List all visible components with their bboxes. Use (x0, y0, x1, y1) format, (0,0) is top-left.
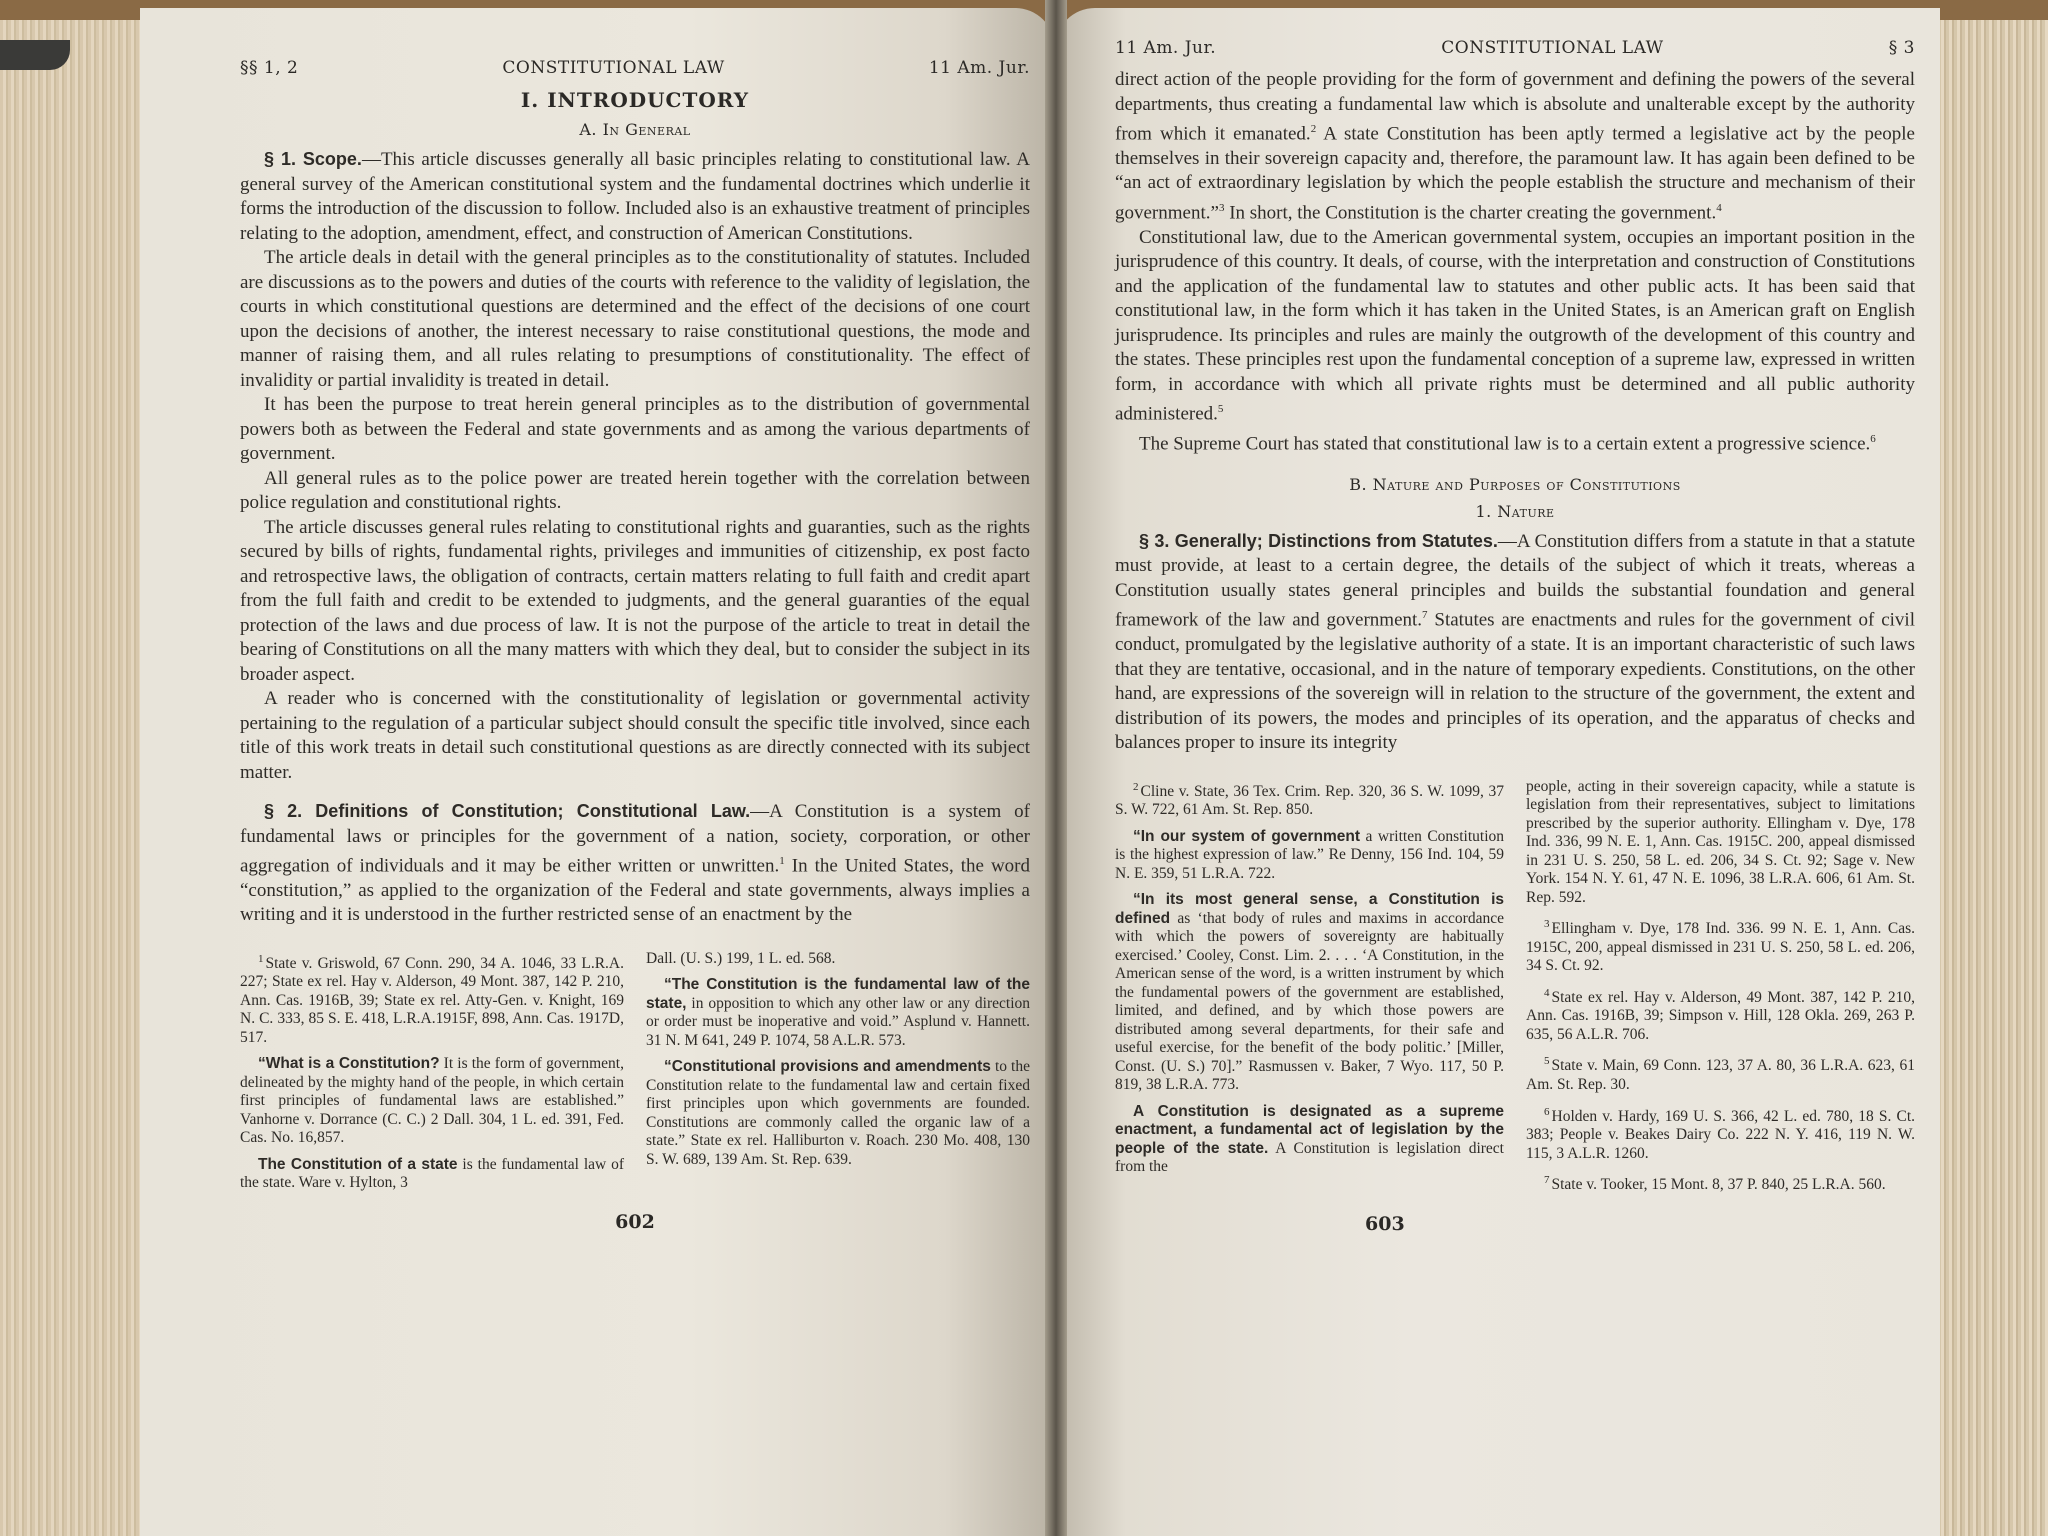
subheading-nature: 1. Nature (1115, 502, 1915, 521)
running-title: CONSTITUTIONAL LAW (1441, 38, 1663, 58)
footnote-4: 4State ex rel. Hay v. Alderson, 49 Mont.… (1526, 984, 1915, 1045)
continued-paragraph: direct action of the people providing fo… (1115, 68, 1915, 226)
right-page-content: 11 Am. Jur. CONSTITUTIONAL LAW § 3 direc… (1115, 38, 1915, 1235)
footnote-quote: “In its most general sense, a Constituti… (1115, 891, 1504, 1095)
section-1-para-2: The article deals in detail with the gen… (240, 246, 1030, 393)
book-page-edges-left (0, 20, 150, 1536)
book-cover-corner (0, 40, 70, 70)
section-1-heading: § 1. Scope. (264, 149, 362, 169)
section-3-para: § 3. Generally; Distinctions from Statut… (1115, 529, 1915, 756)
footnote-quote: “Constitutional provisions and amendment… (646, 1058, 1030, 1169)
footnote-column: people, acting in their sovereign capaci… (1526, 778, 1915, 1203)
footnote-column: 2Cline v. State, 36 Tex. Crim. Rep. 320,… (1115, 778, 1504, 1203)
footnote-quote: The Constitution of a state is the funda… (240, 1156, 624, 1193)
left-page-content: §§ 1, 2 CONSTITUTIONAL LAW 11 Am. Jur. I… (240, 58, 1030, 1233)
section-1-para-4: All general rules as to the police power… (240, 467, 1030, 516)
volume-label: 11 Am. Jur. (1115, 38, 1216, 58)
section-1-para-1: § 1. Scope.—This article discusses gener… (240, 147, 1030, 246)
footnote-column: 1State v. Griswold, 67 Conn. 290, 34 A. … (240, 950, 624, 1201)
footnote-continuation: Dall. (U. S.) 199, 1 L. ed. 568. (646, 950, 1030, 969)
section-3-heading: § 3. Generally; Distinctions from Statut… (1139, 531, 1498, 551)
subheading: A. In General (240, 120, 1030, 139)
page-number: 603 (1115, 1213, 1915, 1235)
footnote-quote: “The Constitution is the fundamental law… (646, 976, 1030, 1050)
footnotes-right: 2Cline v. State, 36 Tex. Crim. Rep. 320,… (1115, 778, 1915, 1203)
footnote-quote: “In our system of government a written C… (1115, 828, 1504, 884)
footnote-2: 2Cline v. State, 36 Tex. Crim. Rep. 320,… (1115, 778, 1504, 820)
footnotes-left: 1State v. Griswold, 67 Conn. 290, 34 A. … (240, 950, 1030, 1201)
part-heading: I. INTRODUCTORY (240, 88, 1030, 112)
subheading-nature-purposes: B. Nature and Purposes of Constitutions (1115, 475, 1915, 494)
section-2-para: § 2. Definitions of Constitution; Consti… (240, 799, 1030, 928)
book-page-edges-right (1938, 20, 2048, 1536)
page-number: 602 (240, 1211, 1030, 1233)
section-2-heading: § 2. Definitions of Constitution; Consti… (264, 801, 750, 821)
left-page: §§ 1, 2 CONSTITUTIONAL LAW 11 Am. Jur. I… (140, 8, 1055, 1536)
running-title: CONSTITUTIONAL LAW (502, 58, 724, 78)
section-marker: §§ 1, 2 (240, 58, 298, 78)
section-1-para-3: It has been the purpose to treat herein … (240, 393, 1030, 467)
running-head-right: 11 Am. Jur. CONSTITUTIONAL LAW § 3 (1115, 38, 1915, 58)
book-gutter (1045, 0, 1067, 1536)
footnote-quote: “What is a Constitution? It is the form … (240, 1055, 624, 1148)
footnote-7: 7State v. Tooker, 15 Mont. 8, 37 P. 840,… (1526, 1171, 1915, 1195)
right-page: 11 Am. Jur. CONSTITUTIONAL LAW § 3 direc… (1055, 8, 1940, 1536)
section-1-para-5: The article discusses general rules rela… (240, 516, 1030, 688)
volume-label: 11 Am. Jur. (929, 58, 1030, 78)
section-1-para-6: A reader who is concerned with the const… (240, 687, 1030, 785)
footnote-1: 1State v. Griswold, 67 Conn. 290, 34 A. … (240, 950, 624, 1048)
footnote-continuation: people, acting in their sovereign capaci… (1526, 778, 1915, 908)
paragraph-constitutional-law: Constitutional law, due to the American … (1115, 226, 1915, 427)
footnote-5: 5State v. Main, 69 Conn. 123, 37 A. 80, … (1526, 1052, 1915, 1094)
paragraph-supreme-court: The Supreme Court has stated that consti… (1115, 427, 1915, 457)
footnote-6: 6Holden v. Hardy, 169 U. S. 366, 42 L. e… (1526, 1103, 1915, 1164)
footnote-3: 3Ellingham v. Dye, 178 Ind. 336. 99 N. E… (1526, 915, 1915, 976)
section-marker: § 3 (1889, 38, 1915, 58)
footnote-quote: A Constitution is designated as a suprem… (1115, 1103, 1504, 1177)
running-head-left: §§ 1, 2 CONSTITUTIONAL LAW 11 Am. Jur. (240, 58, 1030, 78)
footnote-column: Dall. (U. S.) 199, 1 L. ed. 568. “The Co… (646, 950, 1030, 1201)
